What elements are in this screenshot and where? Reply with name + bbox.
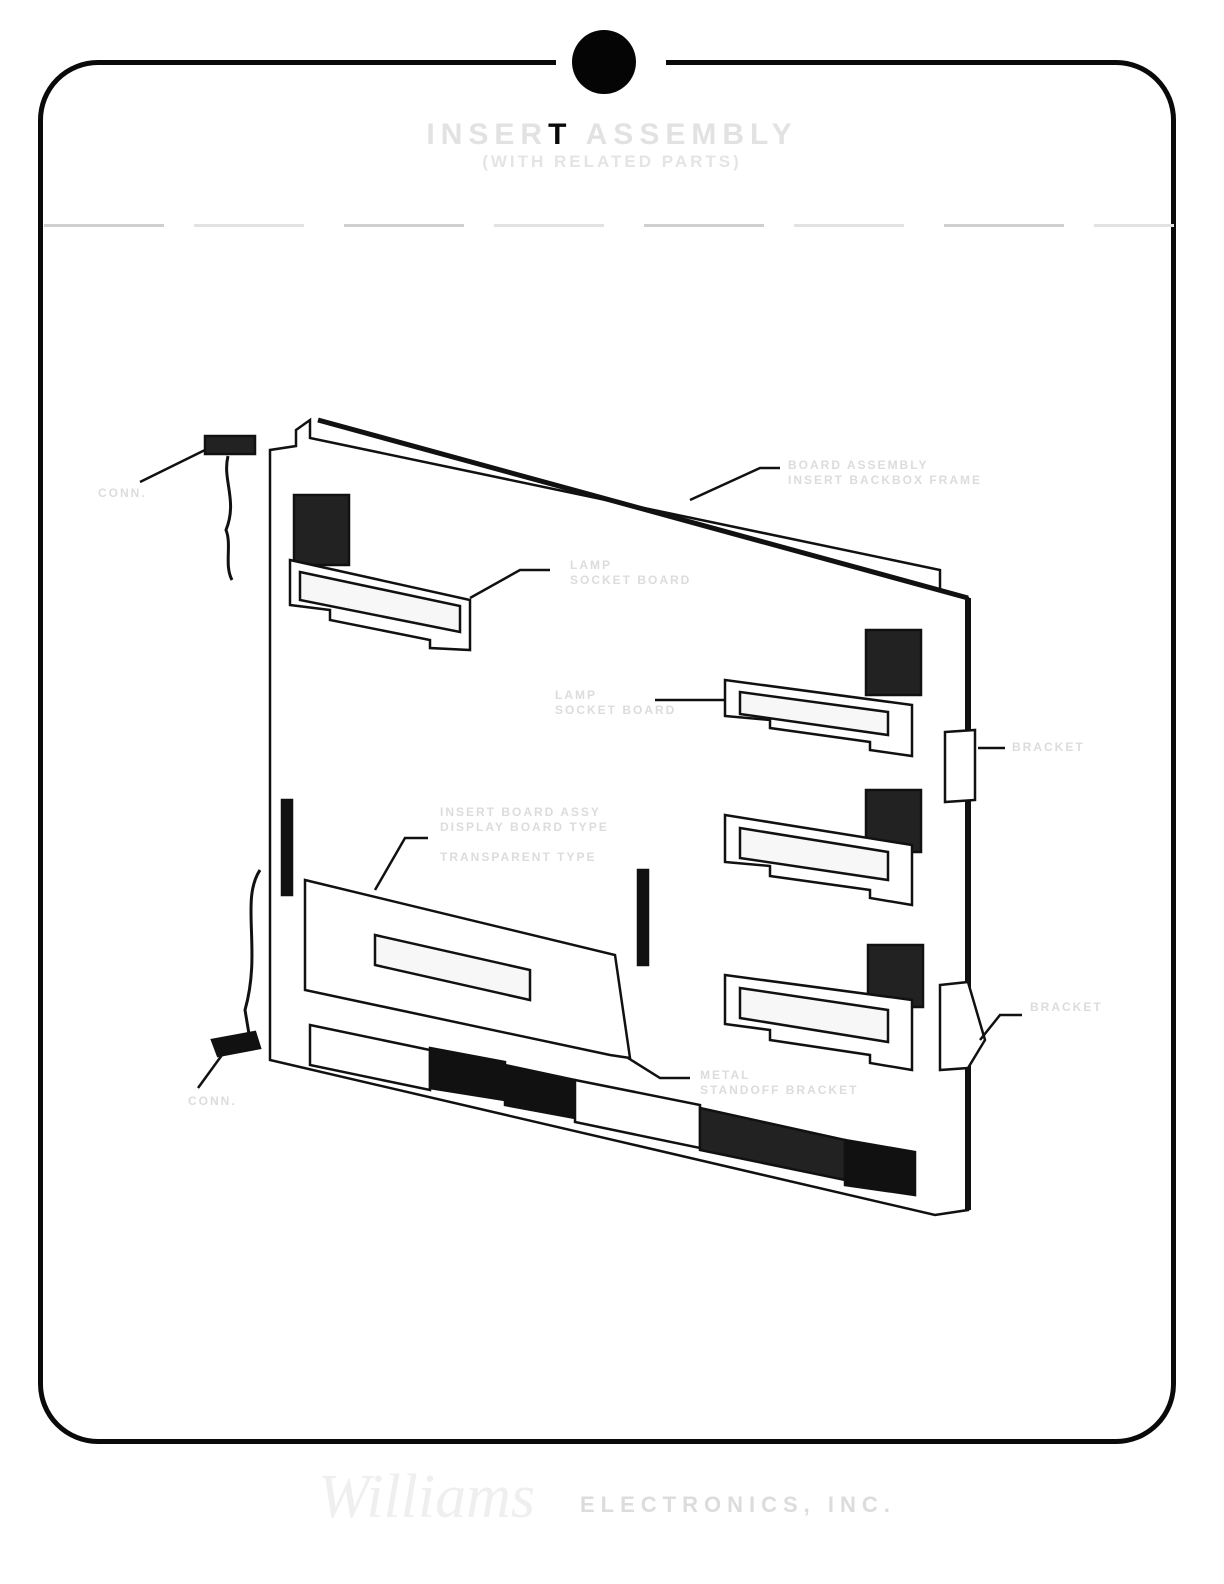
footer-brand-logo: Williams [318, 1462, 535, 1533]
callout-backbox-frame: BOARD ASSEMBLY INSERT BACKBOX FRAME [788, 458, 982, 488]
callout-insert-board: INSERT BOARD ASSY DISPLAY BOARD TYPE TRA… [440, 805, 609, 865]
footer-company: ELECTRONICS, INC. [580, 1492, 896, 1518]
callout-lamp-socket-1: LAMP SOCKET BOARD [570, 558, 691, 588]
leader-bottom-left-connector [198, 1055, 222, 1088]
callout-lamp-socket-2: LAMP SOCKET BOARD [555, 688, 676, 718]
callout-bracket-2: BRACKET [1030, 1000, 1103, 1015]
assembly-drawing [0, 0, 1224, 1584]
leader-top-left-connector [140, 450, 205, 482]
callout-top-left-connector: CONN. [98, 486, 147, 501]
callout-bracket-1: BRACKET [1012, 740, 1085, 755]
leader-bracket-2 [980, 1015, 1022, 1040]
callout-bottom-left-connector: CONN. [188, 1094, 237, 1109]
leader-backbox-frame [690, 468, 780, 500]
callout-bottom-plate: METAL STANDOFF BRACKET [700, 1068, 858, 1098]
